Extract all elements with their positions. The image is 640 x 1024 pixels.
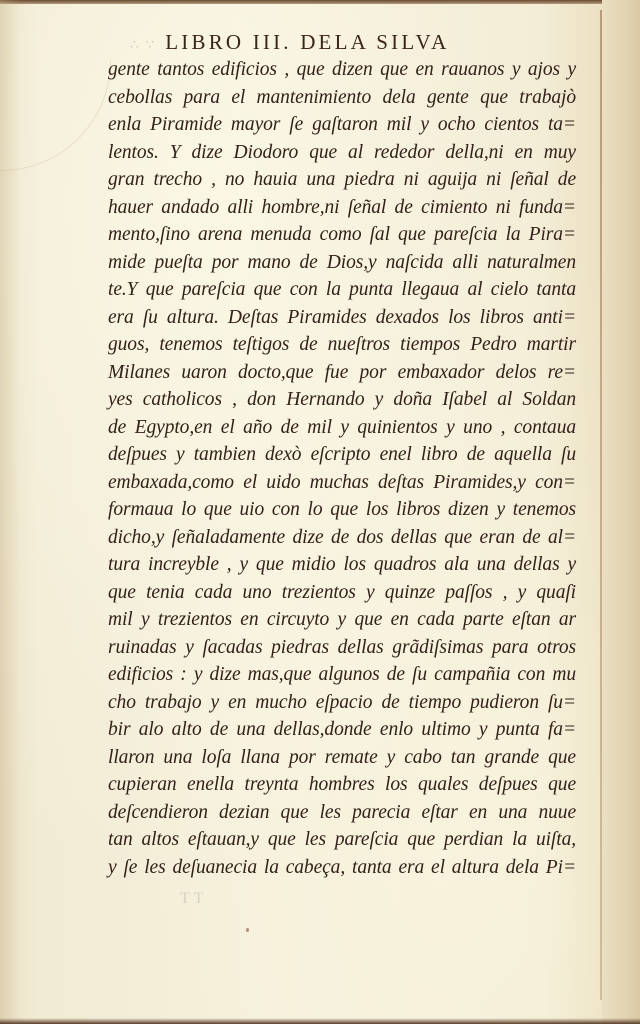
text-line: bir alo alto de una dellas,donde enlo ul… [108, 716, 576, 744]
text-line: deſpues y tambien dexò eſcripto enel lib… [108, 441, 576, 469]
ornament-icon: ∴ ∵ [130, 37, 155, 53]
text-line: tan altos eſtauan,y que les pareſcia que… [108, 826, 576, 854]
next-page-edge [602, 0, 640, 1024]
text-line: te.Y que pareſcia que con la punta llega… [108, 276, 576, 304]
show-through-text: TT [180, 890, 208, 908]
page-bottom-edge [0, 1018, 640, 1024]
text-line: ruinadas y ſacadas piedras dellas grãdiſ… [108, 634, 576, 662]
text-line: llaron una loſa llana por remate y cabo … [108, 744, 576, 772]
text-line: cebollas para el mantenimiento dela gent… [108, 84, 576, 112]
text-line: embaxada,como el uido muchas deſtas Pira… [108, 469, 576, 497]
text-line: formaua lo que uio con lo que los libros… [108, 496, 576, 524]
text-line: edificios : y dize mas,que algunos de ſu… [108, 661, 576, 689]
text-line: mil y trezientos en circuyto y que en ca… [108, 606, 576, 634]
text-line: cupieran enella treynta hombres los qual… [108, 771, 576, 799]
text-line: hauer andado alli hombre,ni ſeñal de cim… [108, 194, 576, 222]
text-line: deſcendieron dezian que les parecia eſta… [108, 799, 576, 827]
text-line: guos, tenemos teſtigos de nueſtros tiemp… [108, 331, 576, 359]
body-text: gente tantos edificios , que dizen que e… [108, 56, 576, 881]
text-line: mento,ſino arena menuda como ſal que par… [108, 221, 576, 249]
text-line: cho trabajo y en mucho eſpacio de tiempo… [108, 689, 576, 717]
running-head-title: LIBRO III. DELA SILVA [165, 30, 449, 55]
text-line: lentos. Y dize Diodoro que al rededor de… [108, 139, 576, 167]
page-top-edge [0, 0, 640, 4]
text-line: enla Piramide mayor ſe gaſtaron mil y oc… [108, 111, 576, 139]
text-line: gente tantos edificios , que dizen que e… [108, 56, 576, 84]
paper-speck [246, 928, 249, 932]
text-line: yes catholicos , don Hernando y doña Iſa… [108, 386, 576, 414]
text-line: mide pueſta por mano de Dios,y naſcida a… [108, 249, 576, 277]
text-line: gran trecho , no hauia una piedra ni agu… [108, 166, 576, 194]
text-line: de Egypto,en el año de mil y quinientos … [108, 414, 576, 442]
text-line: y ſe les deſuanecia la cabeça, tanta era… [108, 854, 576, 882]
running-head: ∴ ∵ LIBRO III. DELA SILVA [120, 30, 540, 56]
text-line: que tenia cada uno trezientos y quinze p… [108, 579, 576, 607]
book-page: ∴ ∵ LIBRO III. DELA SILVA gente tantos e… [0, 0, 640, 1024]
paper-stain [0, 60, 111, 171]
text-line: dicho,y ſeñaladamente dize de dos dellas… [108, 524, 576, 552]
text-line: tura increyble , y que midio los quadros… [108, 551, 576, 579]
text-line: era ſu altura. Deſtas Piramides dexados … [108, 304, 576, 332]
text-line: Milanes uaron docto,que fue por embaxado… [108, 359, 576, 387]
